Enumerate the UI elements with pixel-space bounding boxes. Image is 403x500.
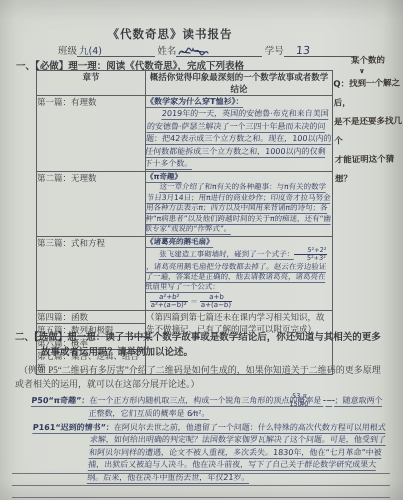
answer-2-label: P161“迟到的情书”： xyxy=(32,423,114,432)
optional-section: 二、【选做】想一想：读了书中某个数学故事或是数学结论后，你还知道与其相关的更多故… xyxy=(15,331,387,484)
document-page: 《代数奇思》读书报告 班级九(4) 姓名 学号13 一、【必做】理一理：阅读《代… xyxy=(0,0,403,500)
annotation-line-3: 才能证明这个猜想？ xyxy=(335,150,403,189)
answer-paragraph-2: P161“迟到的情书”：在阿贝尔去世之前，他遗留了一个问题：什么特殊的高次代数方… xyxy=(29,422,389,484)
class-blank: 九(4) xyxy=(77,43,155,57)
story-text-3: 张飞建造工事砌墙时，碰到了一个式子：5²+2²5²+3²，诸葛亮用鹅毛扇把分母数… xyxy=(146,247,333,293)
annotation-insertion: 某个数的 xyxy=(333,53,401,68)
summary-column-header: 概括你觉得印象最深刻的一个数学故事或者数学结论 xyxy=(146,71,333,96)
equals-sign: ＝ xyxy=(190,297,198,306)
name-blank xyxy=(176,43,262,57)
blank-ruled-line-3 xyxy=(12,497,390,498)
chapter-cell-2: 第二篇：无理数 xyxy=(37,171,146,236)
student-info-line: 班级九(4) 姓名 学号13 xyxy=(58,43,358,57)
student-id-label: 学号 xyxy=(265,47,284,57)
name-scribble xyxy=(178,45,212,58)
annotation-line-2: 是不是还要多找几个 xyxy=(334,112,403,151)
chapter-cell-4: 第四篇：函数 xyxy=(37,311,146,324)
story-title-3: 《诸葛亮的鹅毛扇》 xyxy=(146,237,333,248)
student-id-value: 13 xyxy=(295,44,310,57)
annotation-line-1: Q：找到一个解之后， xyxy=(333,74,402,113)
name-label: 姓名 xyxy=(157,47,176,57)
formula-right-fraction: a+ba+(a−b) xyxy=(200,294,233,310)
story-text-2: 这一章介绍了和π有关的各种趣事：与π有关的数学节日3月14日；用π进行的商业炒作… xyxy=(146,182,333,235)
formula-left-fraction: a²+b²a²+(a−b)² xyxy=(149,294,188,310)
blank-ruled-line-2 xyxy=(12,485,390,486)
chapter-cell-1: 第一篇：有理数 xyxy=(37,96,146,172)
answer-1-label: P50“π奇趣”： xyxy=(31,396,89,405)
summary-cell-2: 《π奇趣》 这一章介绍了和π有关的各种趣事：与π有关的数学节日3月14日；用π进… xyxy=(146,171,333,236)
chapter-column-header: 章节 xyxy=(37,71,146,96)
reading-table: 章节 概括你觉得印象最深刻的一个数学故事或者数学结论 第一篇：有理数 《数学家为… xyxy=(36,70,333,375)
class-value: 九(4) xyxy=(79,43,102,57)
class-label: 班级 xyxy=(58,47,77,57)
page-title: 《代数奇思》读书报告 xyxy=(0,26,340,42)
story-text-1: 2019年的一天，英国的安德鲁·布克和来自美国的安德鲁·萨瑟兰解决了一个三四十年… xyxy=(146,108,333,171)
story-text-3-before: 张飞建造工事砌墙时，碰到了一个式子： xyxy=(159,250,295,259)
story-title-1: 《数学家为什么穿T恤衫》： xyxy=(146,96,333,108)
story-title-2: 《π奇趣》 xyxy=(146,172,333,183)
blank-ruled-line-1 xyxy=(12,473,390,474)
summary-cell-1: 《数学家为什么穿T恤衫》： 2019年的一天，英国的安德鲁·布克和来自美国的安德… xyxy=(146,96,333,172)
answer-paragraph-1: P50“π奇趣”：在一个正方形内随机取三点，构成一个锐角三角形的顶点的概率是 5… xyxy=(30,393,388,420)
optional-section-heading: 二、【选做】想一想：读了书中某个数学故事或是数学结论后，你还知道与其相关的更多故… xyxy=(15,331,387,361)
teacher-margin-annotation: 某个数的 ∨ Q：找到一个解之后， 是不是还要多找几个 才能证明这个猜想？ xyxy=(333,53,403,189)
example-note: （例如 P5“二维码有多厉害”介绍了二维码是如何生成的，如果你知道关于二维码的更… xyxy=(15,363,387,391)
story-text-3-after: ，诸葛亮用鹅毛扇把分母数都去掉了。赵云在旁边验证了一遍，答案还是正确的，他去请教… xyxy=(146,262,327,292)
handwritten-formula: a²+b²a²+(a−b)² ＝ a+ba+(a−b) xyxy=(146,294,333,310)
inline-fraction: 5²+2²5²+3² xyxy=(294,247,328,262)
summary-cell-3: 《诸葛亮的鹅毛扇》 张飞建造工事砌墙时，碰到了一个式子：5²+2²5²+3²，诸… xyxy=(146,236,333,310)
chapter-cell-3: 第三篇：式和方程 xyxy=(37,236,146,310)
